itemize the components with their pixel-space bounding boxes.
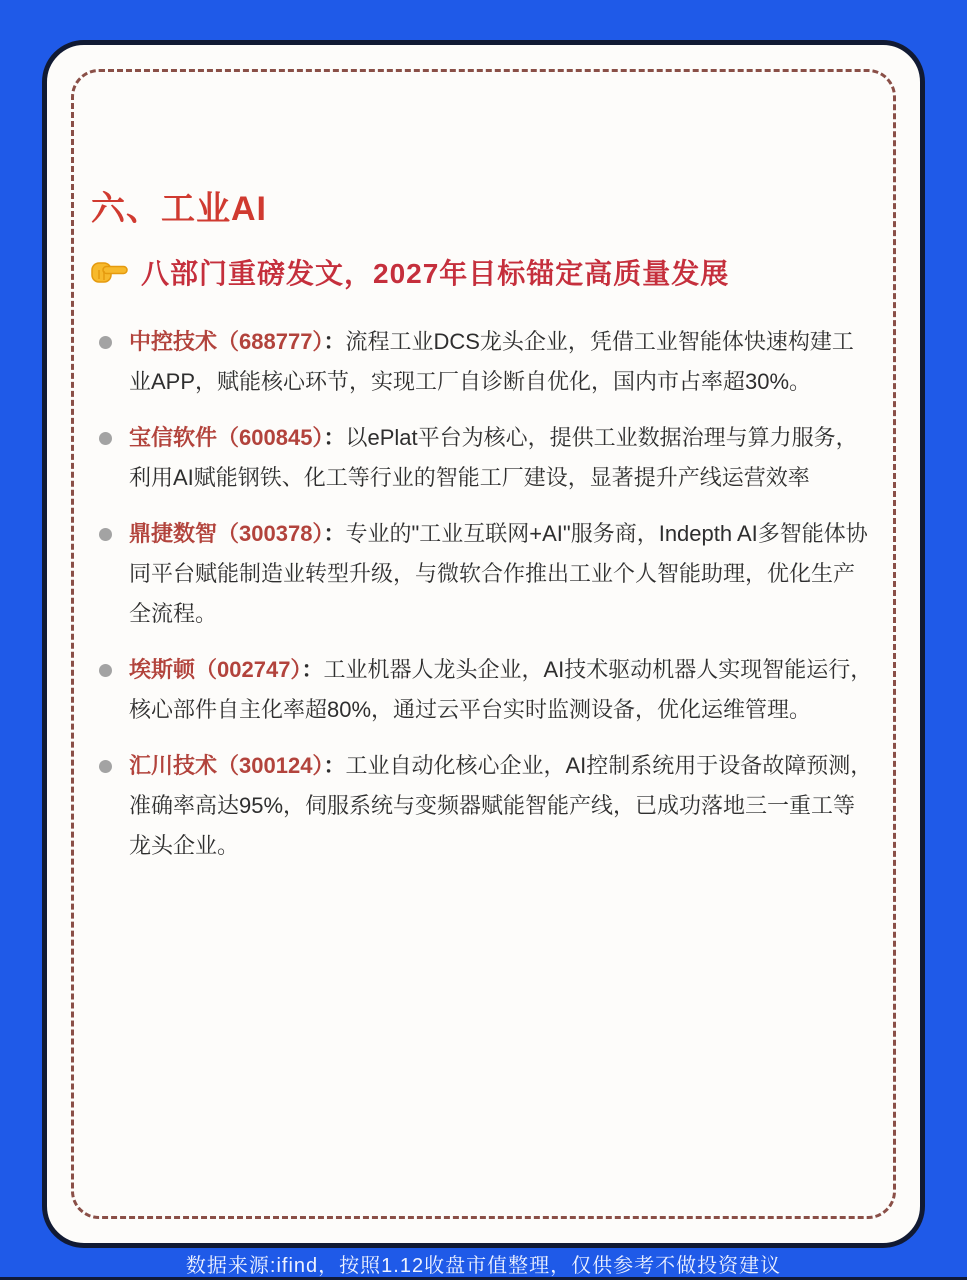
- stock-list: 中控技术（688777）：流程工业DCS龙头企业，凭借工业智能体快速构建工业AP…: [91, 322, 874, 866]
- stock-text: 鼎捷数智（300378）：专业的"工业互联网+AI"服务商，Indepth AI…: [129, 514, 874, 634]
- card-content: 六、工业AI 八部门重磅发文，2027年目标锚定高质量发展 中控技术（68877…: [91, 181, 874, 882]
- data-source-disclaimer: 数据来源:ifind，按照1.12收盘市值整理，仅供参考不做投资建议: [0, 1249, 967, 1275]
- pointing-finger-icon: [91, 257, 129, 287]
- stock-name: 鼎捷数智: [129, 521, 217, 546]
- stock-text: 汇川技术（300124）：工业自动化核心企业，AI控制系统用于设备故障预测，准确…: [129, 746, 874, 866]
- stock-text: 宝信软件（600845）：以ePlat平台为核心，提供工业数据治理与算力服务，利…: [129, 418, 874, 498]
- stock-text: 埃斯顿（002747）：工业机器人龙头企业，AI技术驱动机器人实现智能运行，核心…: [129, 650, 874, 730]
- stock-code: （300378）: [217, 521, 323, 546]
- subtitle-text: 八部门重磅发文，2027年目标锚定高质量发展: [141, 252, 729, 292]
- bullet-dot-icon: [99, 760, 112, 773]
- stock-text: 中控技术（688777）：流程工业DCS龙头企业，凭借工业智能体快速构建工业AP…: [129, 322, 874, 402]
- stock-item-dingjie: 鼎捷数智（300378）：专业的"工业互联网+AI"服务商，Indepth AI…: [99, 514, 874, 634]
- section-title: 六、工业AI: [91, 181, 874, 230]
- bullet-dot-icon: [99, 432, 112, 445]
- colon-separator: ：: [301, 657, 323, 682]
- colon-separator: ：: [323, 425, 345, 450]
- stock-item-zhongkong: 中控技术（688777）：流程工业DCS龙头企业，凭借工业智能体快速构建工业AP…: [99, 322, 874, 402]
- colon-separator: ：: [323, 521, 345, 546]
- stock-name: 中控技术: [129, 329, 217, 354]
- stock-item-huichuan: 汇川技术（300124）：工业自动化核心企业，AI控制系统用于设备故障预测，准确…: [99, 746, 874, 866]
- stock-name: 宝信软件: [129, 425, 217, 450]
- stock-code: （300124）: [217, 753, 323, 778]
- stock-item-baoxin: 宝信软件（600845）：以ePlat平台为核心，提供工业数据治理与算力服务，利…: [99, 418, 874, 498]
- stock-code: （002747）: [195, 657, 301, 682]
- stock-code: （688777）: [217, 329, 323, 354]
- colon-separator: ：: [323, 329, 345, 354]
- colon-separator: ：: [323, 753, 345, 778]
- stock-item-estun: 埃斯顿（002747）：工业机器人龙头企业，AI技术驱动机器人实现智能运行，核心…: [99, 650, 874, 730]
- bullet-dot-icon: [99, 336, 112, 349]
- content-card: 六、工业AI 八部门重磅发文，2027年目标锚定高质量发展 中控技术（68877…: [42, 40, 925, 1248]
- bullet-dot-icon: [99, 664, 112, 677]
- stock-name: 汇川技术: [129, 753, 217, 778]
- stock-code: （600845）: [217, 425, 323, 450]
- bullet-dot-icon: [99, 528, 112, 541]
- stock-name: 埃斯顿: [129, 657, 195, 682]
- subtitle-row: 八部门重磅发文，2027年目标锚定高质量发展: [91, 252, 874, 292]
